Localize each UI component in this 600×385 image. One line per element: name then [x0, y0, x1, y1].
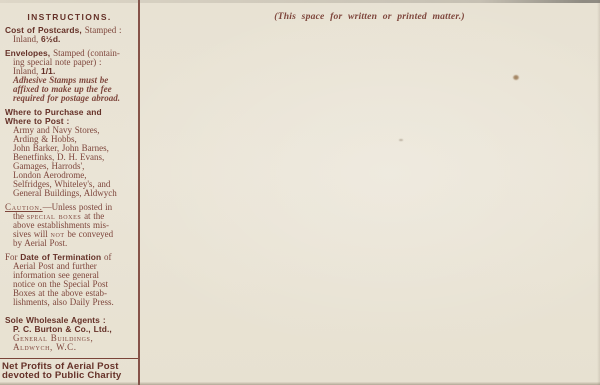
- text-segment: General Buildings, Aldwych: [13, 188, 117, 198]
- text-segment: lishments, also Daily Press.: [13, 297, 114, 307]
- text-segment: Stamped :: [85, 25, 122, 35]
- instruction-block: Where to Purchase andWhere to Post :Army…: [5, 108, 134, 198]
- charity-footer: Net Profits of Aerial Post devoted to Pu…: [0, 358, 138, 381]
- text-segment: Inland,: [13, 34, 41, 44]
- stain-spot: [513, 75, 519, 80]
- instruction-line: by Aerial Post.: [5, 239, 134, 248]
- written-matter-note: (This space for written or printed matte…: [139, 11, 600, 22]
- instruction-line: General Buildings, Aldwych: [5, 189, 134, 198]
- instruction-block: Sole Wholesale Agents :P. C. Burton & Co…: [5, 316, 134, 352]
- instruction-line: Inland, 6½d.: [5, 35, 134, 44]
- text-segment: by Aerial Post.: [13, 238, 67, 248]
- instructions-panel: INSTRUCTIONS. Cost of Postcards, Stamped…: [0, 0, 138, 385]
- text-segment: be conveyed: [65, 229, 113, 239]
- text-segment: 6½d.: [41, 34, 61, 44]
- text-segment: of: [101, 252, 111, 262]
- instruction-block: For Date of Termination ofAerial Post an…: [5, 253, 134, 307]
- paper-speck: [399, 139, 403, 141]
- instruction-line: lishments, also Daily Press.: [5, 298, 134, 307]
- vertical-divider: [138, 0, 140, 385]
- instructions-title: INSTRUCTIONS.: [5, 12, 134, 22]
- photo-edge-top: [0, 0, 600, 3]
- instruction-block: Cost of Postcards, Stamped :Inland, 6½d.: [5, 26, 134, 44]
- charity-footer-line-2: devoted to Public Charity: [2, 371, 136, 381]
- text-segment: Aldwych, W.C.: [13, 342, 77, 352]
- instruction-block: Envelopes, Stamped (contain-ing special …: [5, 49, 134, 103]
- instruction-line: required for postage abroad.: [5, 94, 134, 103]
- instructions-body: Cost of Postcards, Stamped :Inland, 6½d.…: [5, 26, 134, 352]
- instruction-block: Caution.—Unless posted inthe special box…: [5, 203, 134, 248]
- instruction-line: Aldwych, W.C.: [5, 343, 134, 352]
- text-segment: required for postage abroad.: [13, 93, 120, 103]
- postcard: INSTRUCTIONS. Cost of Postcards, Stamped…: [0, 0, 600, 385]
